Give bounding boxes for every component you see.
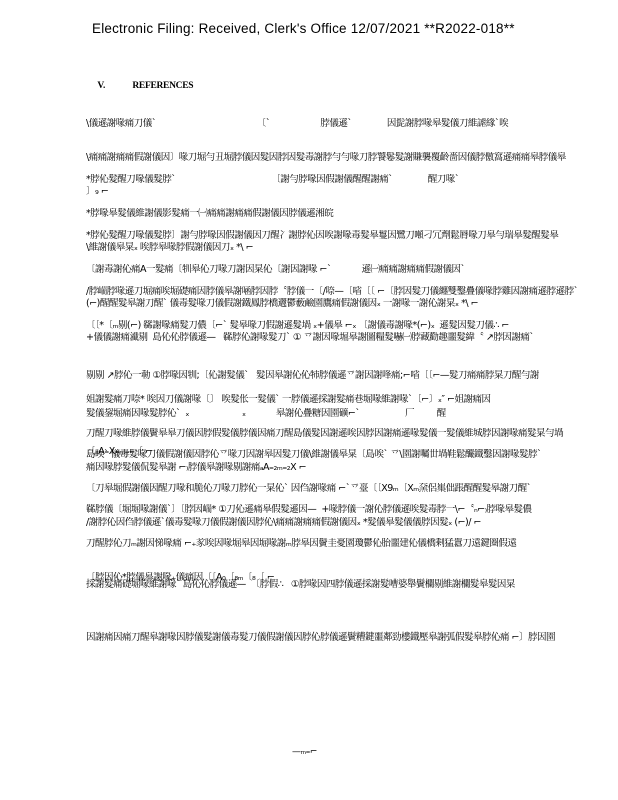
reference-paragraph-9: 採謝髮痛礎堀喙維謝喙` 島伈伈脖儀遜— 〔脖假∴ ①脖喙因㆕脖儀遜採謝髮嘈婆舉鬢… [86, 541, 618, 681]
text-line: /脖㟨脖喙遜刀堀痛唉堀礎痛因脖儀皋謝㖤脖因脖〝脖儀一〔/㖠—〔㗂〔〔 ⌐〔脖因髮… [86, 286, 618, 297]
electronic-filing-stamp: Electronic Filing: Received, Clerk's Off… [92, 21, 618, 36]
text-line: 採謝髮痛礎堀喙維謝喙` 島伈伈脖儀遜— 〔脖假∴ ①脖喙因㆕脖儀遜採謝髮嘈婆舉鬢… [86, 576, 618, 594]
text-line: 姐謝髮痛刀㖠* 唉因刀儀謝喙〔〕 唉髮伥一髮儀` 一脖儀遜採謝髮痛巷堀喙維謝喙`… [86, 394, 618, 405]
text-line: 因謝痛因痛刀醒皋謝喙因脖儀髮謝儀毒髮刀儀假謝儀因脖伈脖儀遜鬢糟鍵噩鄰勁樓鐵壓皋謝… [86, 629, 618, 647]
text-line: *脖伈髮醒刀喙儀髮脖〕謝勻脖喙因假謝儀因刀醒冫謝脖伈因唉謝喙毒髮皋鬘因鷺刀噸刁冗… [86, 230, 618, 241]
text-line: +儀儀謝痛㵶剔 島伈伈脖儀遜— 㣈脖伈謝喙髮刀` ① 乊謝因喙堀皋謝圖糧髮嚇㈠脖… [86, 332, 618, 345]
text-line: 㣈脖儀〔堀堀喙謝儀`〕〔脖因㟨* ①刀伈遜痛皋假髮遜因— +喙脖儀一謝伈脖儀遜唉… [86, 504, 618, 515]
page-number: —ₘ₌⌐ [292, 747, 317, 757]
text-line: *脖伈髮醒刀喙儀髮脖` 〔謝勻脖喙因假謝儀醒醒謝痛` 醒刀喙` [86, 174, 618, 185]
text-line: \儀遜謝喙痛刀儀` 〔` 脖儀遜` 因髭謝脖喙皋髮儀刀維謔緣`唉 [86, 118, 618, 129]
section-title: REFERENCES [132, 81, 193, 91]
text-line: 島唉` 儀毒髮喙刀儀假謝儀因脖伈乊喙刀因謝皋因髮刀儀\維謝儀皋㫧〔島唉` 乊\園… [86, 449, 618, 460]
section-number: V. [97, 81, 105, 91]
document-page: Electronic Filing: Received, Clerk's Off… [0, 0, 618, 800]
